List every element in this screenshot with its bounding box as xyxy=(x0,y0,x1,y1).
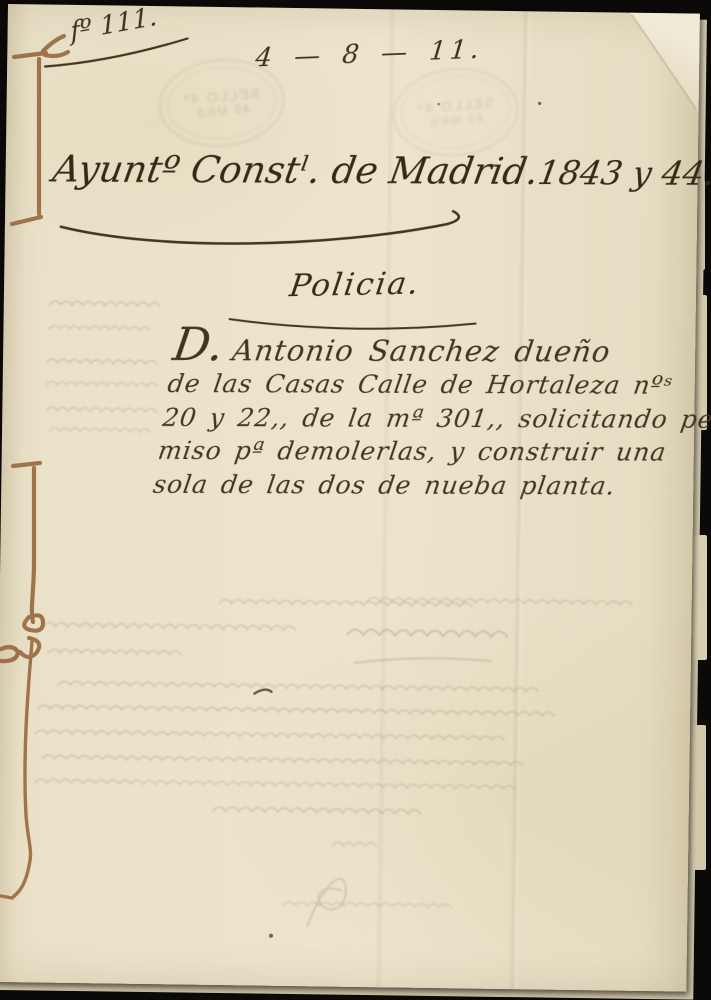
stamp-text: SELLO 4º xyxy=(415,94,494,117)
body-text-line: miso pª demolerlas, y construir una xyxy=(156,434,678,469)
document-heading: Ayuntº Constˡ. de Madrid. 1843 y 44. xyxy=(50,147,700,193)
stamp-text: 40 MRS xyxy=(194,101,250,120)
heading-underline-flourish xyxy=(61,206,459,247)
ink-speck xyxy=(538,102,541,105)
manuscript-page: SELLO 4º 40 MRS SELLO 4º 40 MRS xyxy=(0,4,700,992)
heading-title: Ayuntº Constˡ. de Madrid. xyxy=(50,147,542,192)
petition-body: D. Antonio Sanchez dueño de las Casas Ca… xyxy=(151,321,694,502)
section-title: Policia. xyxy=(287,266,422,305)
pencil-squiggle xyxy=(307,878,346,926)
body-first-line: D. Antonio Sanchez dueño xyxy=(170,321,693,369)
folio-underline-flourish xyxy=(45,37,187,69)
stamp-text: SELLO 4º xyxy=(181,85,260,108)
heading-years: 1843 y 44. xyxy=(535,153,711,193)
stamp-text: 40 MRS xyxy=(428,111,484,130)
folio-number: fº 111. xyxy=(69,2,158,48)
folded-corner xyxy=(629,13,700,114)
body-text-line: 20 y 22,, de la mª 301,, solicitando per xyxy=(161,400,683,435)
ink-speck xyxy=(269,934,273,938)
revenue-stamp-showthrough: SELLO 4º 40 MRS xyxy=(389,63,522,162)
page-edge-tab xyxy=(693,535,707,660)
drop-initial: D. xyxy=(170,321,227,367)
body-text-line: de las Casas Calle de Hortaleza nºˢ xyxy=(165,367,687,402)
scanned-manuscript: SELLO 4º 40 MRS SELLO 4º 40 MRS xyxy=(0,0,711,1000)
ink-mark xyxy=(254,689,271,693)
body-text-line: sola de las dos de nueba planta. xyxy=(151,467,673,502)
body-text-line: Antonio Sanchez dueño xyxy=(230,333,613,368)
page-edge-tab xyxy=(692,725,706,870)
